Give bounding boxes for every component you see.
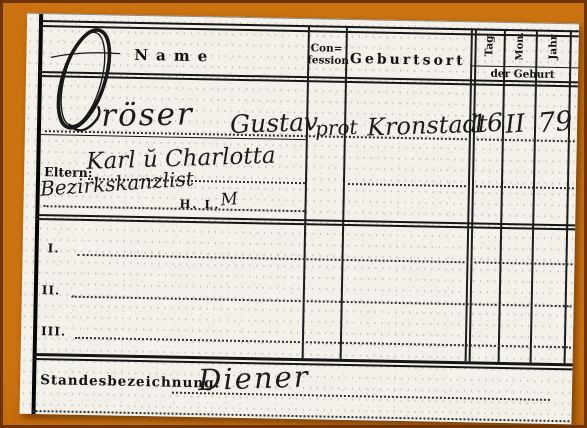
scan-frame: Name Con= fession Geburtsort Tag Mon. Ja… — [0, 0, 587, 428]
status-designation-handwriting: Diener — [198, 362, 310, 395]
rule-parents-line-2 — [43, 205, 304, 212]
rule-row-2 — [72, 296, 572, 308]
row-numeral-3: III. — [41, 325, 66, 337]
birth-year-handwriting: 79 — [537, 108, 574, 138]
confession-column-header-line1: Con= — [307, 43, 345, 54]
rule-parents-line-1b — [343, 183, 574, 189]
record-card: Name Con= fession Geburtsort Tag Mon. Ja… — [19, 13, 579, 425]
birth-month-handwriting: II — [504, 111, 525, 137]
year-column-header: Jahr — [548, 30, 559, 64]
parents-mark-handwriting: M — [220, 191, 239, 209]
status-designation-label: Standesbezeichnung: — [40, 374, 221, 391]
row-numeral-2: II. — [42, 284, 61, 296]
of-birth-header: der Geburt — [470, 68, 575, 81]
rule-row-1 — [78, 254, 573, 266]
birth-day-handwriting: 16 — [470, 110, 503, 137]
surname-handwriting: röser — [101, 99, 194, 131]
rule-card-bottom — [33, 410, 570, 422]
month-column-header: Mon. — [515, 29, 526, 63]
confession-column-header-line2: fession — [307, 55, 345, 66]
confession-handwriting: prot — [315, 117, 358, 139]
given-name-handwriting: Gustav — [230, 109, 319, 137]
row-numeral-1: I. — [48, 242, 60, 254]
birthplace-column-header: Geburtsort — [345, 52, 470, 68]
name-column-header: Name — [134, 48, 215, 65]
rule-status-line — [172, 392, 550, 401]
rule-row-3 — [75, 337, 571, 349]
day-column-header: Tag — [484, 29, 495, 63]
